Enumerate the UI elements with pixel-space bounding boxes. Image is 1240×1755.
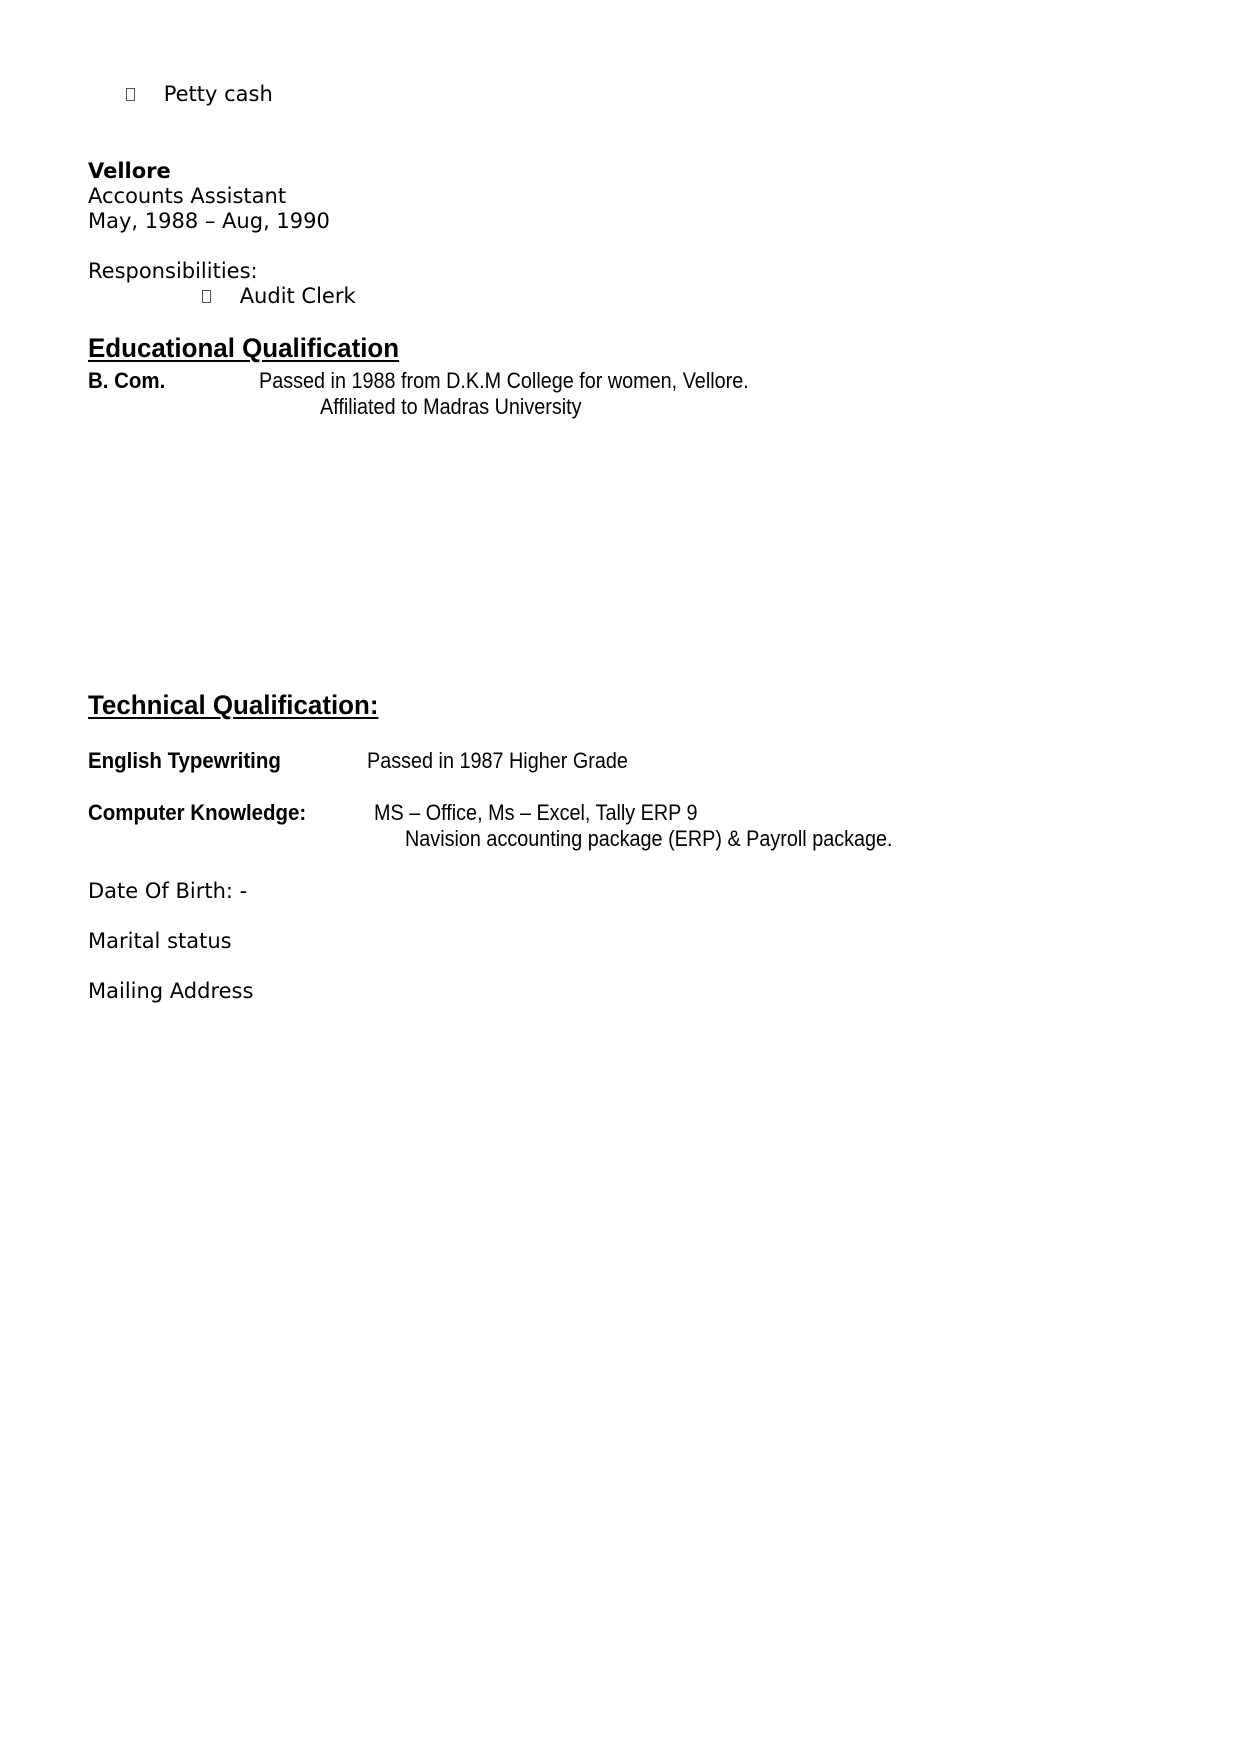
responsibility-item-audit-clerk: Audit Clerk	[202, 286, 356, 307]
marital-status-label: Marital status	[88, 931, 232, 952]
degree-detail-line1: Passed in 1988 from D.K.M College for wo…	[259, 370, 749, 392]
computer-knowledge-line1: MS – Office, Ms – Excel, Tally ERP 9	[374, 802, 698, 824]
square-bullet-icon	[202, 290, 211, 303]
mailing-address-label: Mailing Address	[88, 981, 253, 1002]
responsibilities-label: Responsibilities:	[88, 261, 258, 282]
degree-label: B. Com.	[88, 370, 165, 392]
computer-knowledge-label: Computer Knowledge:	[88, 802, 306, 824]
responsibility-item-petty-cash: Petty cash	[126, 84, 273, 105]
computer-knowledge-line2: Navision accounting package (ERP) & Payr…	[405, 828, 893, 850]
employer-location: Vellore	[88, 161, 171, 182]
typewriting-value: Passed in 1987 Higher Grade	[367, 750, 628, 772]
job-title: Accounts Assistant	[88, 186, 286, 207]
job-period: May, 1988 – Aug, 1990	[88, 211, 330, 232]
education-heading: Educational Qualification	[88, 335, 399, 362]
square-bullet-icon	[126, 88, 135, 101]
responsibility-text: Audit Clerk	[240, 284, 356, 308]
technical-heading: Technical Qualification:	[88, 692, 378, 719]
responsibility-text: Petty cash	[164, 82, 273, 106]
date-of-birth-label: Date Of Birth: -	[88, 881, 247, 902]
degree-detail-line2: Affiliated to Madras University	[320, 396, 582, 418]
typewriting-label: English Typewriting	[88, 750, 281, 772]
